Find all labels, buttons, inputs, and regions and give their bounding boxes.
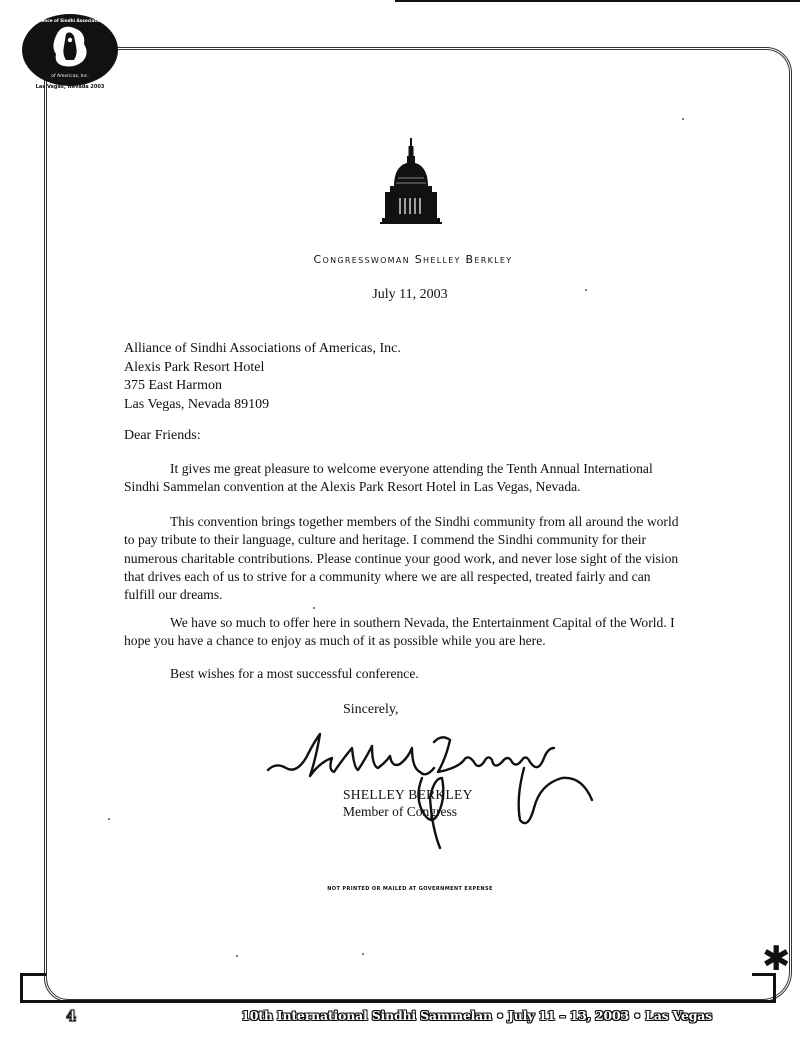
letter-date: July 11, 2003	[0, 287, 800, 303]
footer-border	[20, 1000, 776, 1003]
svg-text:Alliance of Sindhi Association: Alliance of Sindhi Associations	[34, 18, 107, 23]
paragraph: We have so much to offer here in souther…	[124, 614, 684, 651]
asterisk-icon: ✱	[762, 942, 791, 976]
disclaimer: NOT PRINTED OR MAILED AT GOVERNMENT EXPE…	[0, 886, 800, 892]
address-line: Alliance of Sindhi Associations of Ameri…	[124, 340, 401, 359]
address-line: Alexis Park Resort Hotel	[124, 359, 401, 378]
address-line: 375 East Harmon	[124, 377, 401, 396]
paragraph: It gives me great pleasure to welcome ev…	[124, 460, 684, 497]
signer-title: Member of Congress	[343, 804, 457, 820]
footer-border	[20, 973, 23, 1003]
scan-speck	[585, 289, 587, 291]
signer-name: SHELLEY BERKLEY	[343, 787, 473, 803]
footer-banner-text: 10th International Sindhi Sammelan • Jul…	[241, 1008, 712, 1023]
salutation: Dear Friends:	[124, 428, 201, 444]
logo-inner-text: of Americas, Inc.	[51, 73, 89, 79]
scan-speck	[362, 953, 364, 955]
page-number: 4	[66, 1007, 76, 1025]
paragraph: This convention brings together members …	[124, 513, 684, 604]
capitol-dome-icon	[380, 138, 442, 234]
scan-speck	[313, 607, 315, 609]
scan-speck	[236, 955, 238, 957]
address-line: Las Vegas, Nevada 89109	[124, 396, 401, 415]
letterhead-title: Congresswoman Shelley Berkley	[0, 253, 800, 266]
footer-border	[20, 973, 46, 976]
sammelan-logo: of Americas, Inc. Alliance of Sindhi Ass…	[20, 10, 120, 90]
paragraph: Best wishes for a most successful confer…	[124, 665, 684, 683]
scan-speck	[682, 118, 684, 120]
svg-text:Las Vegas, Nevada 2003: Las Vegas, Nevada 2003	[36, 84, 105, 90]
top-rule	[395, 0, 800, 2]
scan-speck	[108, 818, 110, 820]
recipient-address: Alliance of Sindhi Associations of Ameri…	[124, 340, 401, 414]
closing: Sincerely,	[343, 702, 398, 718]
